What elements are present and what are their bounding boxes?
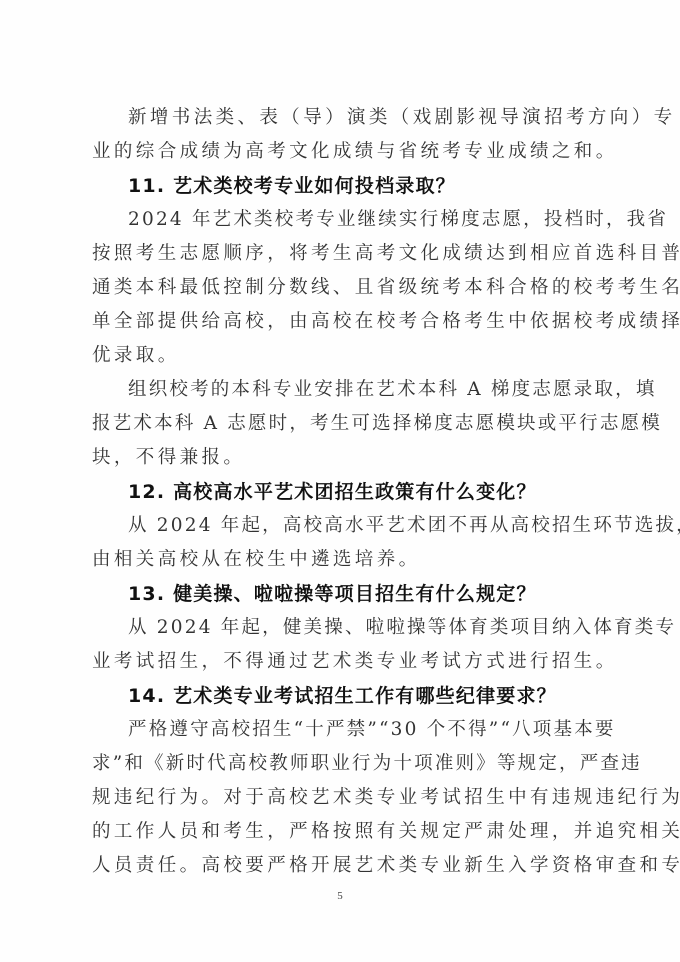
- paragraph-line: 单全部提供给高校，由高校在校考合格考生中依据校考成绩择: [92, 305, 592, 339]
- paragraph-line: 求”和《新时代高校教师职业行为十项准则》等规定，严查违: [92, 747, 592, 781]
- section-heading-12: 12. 高校高水平艺术团招生政策有什么变化？: [128, 475, 628, 509]
- paragraph-line: 优录取。: [92, 339, 592, 373]
- paragraph-line: 从 2024 年起，健美操、啦啦操等体育类项目纳入体育类专: [128, 611, 592, 645]
- paragraph-line: 人员责任。高校要严格开展艺术类专业新生入学资格审查和专: [92, 849, 592, 883]
- document-page: 新增书法类、表（导）演类（戏剧影视导演招考方向）专 业的综合成绩为高考文化成绩与…: [0, 0, 680, 962]
- paragraph-line: 的工作人员和考生，严格按照有关规定严肃处理，并追究相关: [92, 815, 592, 849]
- paragraph-line: 业考试招生，不得通过艺术类专业考试方式进行招生。: [92, 645, 592, 679]
- section-heading-14: 14. 艺术类专业考试招生工作有哪些纪律要求？: [128, 679, 628, 713]
- paragraph-line: 严格遵守高校招生“十严禁”“30 个不得”“八项基本要: [128, 713, 592, 747]
- paragraph-line: 按照考生志愿顺序，将考生高考文化成绩达到相应首选科目普: [92, 237, 592, 271]
- paragraph-line: 报艺术本科 A 志愿时，考生可选择梯度志愿模块或平行志愿模: [92, 407, 592, 441]
- paragraph-line: 由相关高校从在校生中遴选培养。: [92, 543, 592, 577]
- paragraph-line: 通类本科最低控制分数线、且省级统考本科合格的校考考生名: [92, 271, 592, 305]
- paragraph-line: 组织校考的本科专业安排在艺术本科 A 梯度志愿录取，填: [128, 373, 592, 407]
- paragraph-line: 2024 年艺术类校考专业继续实行梯度志愿，投档时，我省: [128, 203, 592, 237]
- paragraph-line: 规违纪行为。对于高校艺术类专业考试招生中有违规违纪行为: [92, 781, 592, 815]
- paragraph-line: 块，不得兼报。: [92, 441, 592, 475]
- section-heading-13: 13. 健美操、啦啦操等项目招生有什么规定？: [128, 577, 628, 611]
- paragraph-line: 新增书法类、表（导）演类（戏剧影视导演招考方向）专: [128, 101, 592, 135]
- page-number: 5: [0, 890, 680, 902]
- paragraph-line: 业的综合成绩为高考文化成绩与省统考专业成绩之和。: [92, 135, 592, 169]
- paragraph-line: 从 2024 年起，高校高水平艺术团不再从高校招生环节选拔，: [128, 509, 592, 543]
- section-heading-11: 11. 艺术类校考专业如何投档录取？: [128, 169, 628, 203]
